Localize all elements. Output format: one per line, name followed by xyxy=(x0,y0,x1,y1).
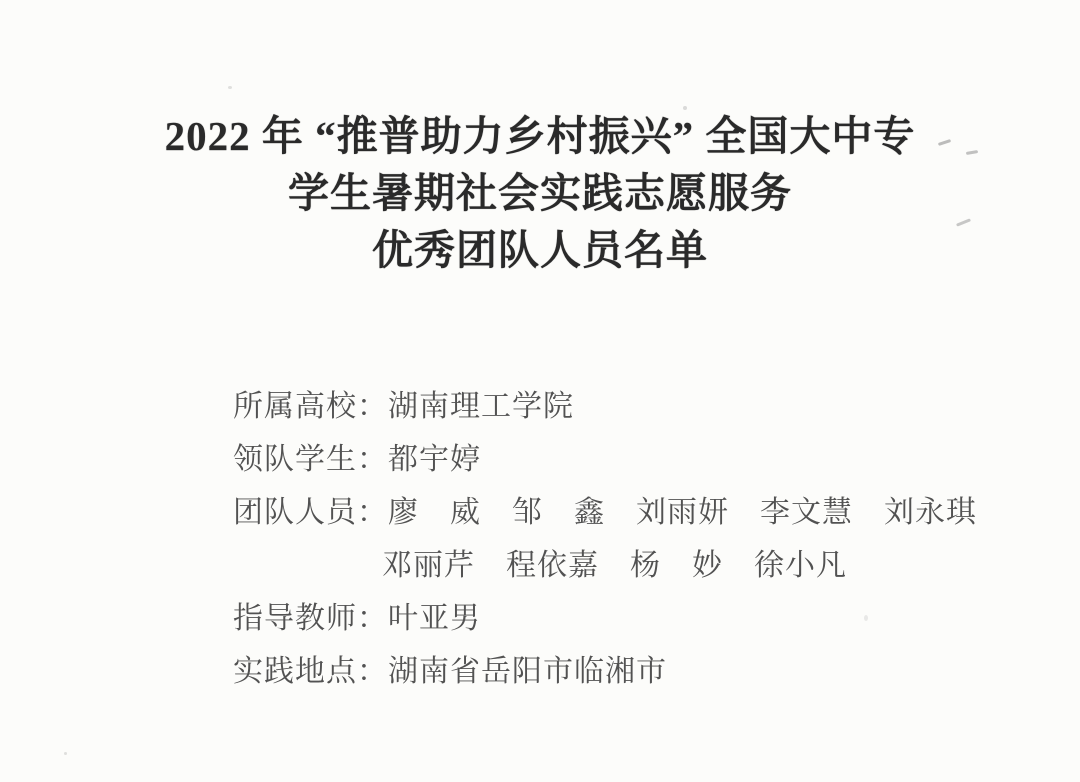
scan-artifact xyxy=(864,615,868,621)
scanned-document-page: 2022 年 “推普助力乡村振兴” 全国大中专 学生暑期社会实践志愿服务 优秀团… xyxy=(0,0,1080,782)
practice-location-value: 湖南省岳阳市临湘市 xyxy=(388,646,667,690)
team-leader-label: 领队学生： xyxy=(233,434,388,478)
title-line-3: 优秀团队人员名单 xyxy=(0,222,1080,279)
advisor-value: 叶亚男 xyxy=(388,593,481,637)
scan-artifact xyxy=(228,86,232,89)
team-members-label: 团队人员： xyxy=(233,487,388,531)
team-leader-value: 都宇婷 xyxy=(388,434,481,478)
school-label: 所属高校： xyxy=(233,381,388,425)
practice-location-label: 实践地点： xyxy=(233,646,388,690)
school-value: 湖南理工学院 xyxy=(388,381,574,425)
scan-artifact xyxy=(683,106,687,110)
field-row-team-leader: 领队学生： 都宇婷 xyxy=(233,434,977,487)
team-members-line-2: 邓丽芹 程依嘉 杨 妙 徐小凡 xyxy=(382,540,847,584)
info-field-list: 所属高校： 湖南理工学院 领队学生： 都宇婷 团队人员： 廖 威 邹 鑫 刘雨妍… xyxy=(233,381,977,699)
field-row-practice-location: 实践地点： 湖南省岳阳市临湘市 xyxy=(233,646,977,699)
team-members-line-1: 廖 威 邹 鑫 刘雨妍 李文慧 刘永琪 xyxy=(388,487,977,531)
advisor-label: 指导教师： xyxy=(233,593,388,637)
field-row-school: 所属高校： 湖南理工学院 xyxy=(233,381,977,434)
title-line-1: 2022 年 “推普助力乡村振兴” 全国大中专 xyxy=(0,108,1080,165)
title-line-2: 学生暑期社会实践志愿服务 xyxy=(0,165,1080,222)
field-row-team-members: 团队人员： 廖 威 邹 鑫 刘雨妍 李文慧 刘永琪 xyxy=(233,487,977,540)
field-row-team-members-continued: 邓丽芹 程依嘉 杨 妙 徐小凡 xyxy=(233,540,977,593)
document-title: 2022 年 “推普助力乡村振兴” 全国大中专 学生暑期社会实践志愿服务 优秀团… xyxy=(0,108,1080,279)
scan-artifact xyxy=(64,752,67,755)
